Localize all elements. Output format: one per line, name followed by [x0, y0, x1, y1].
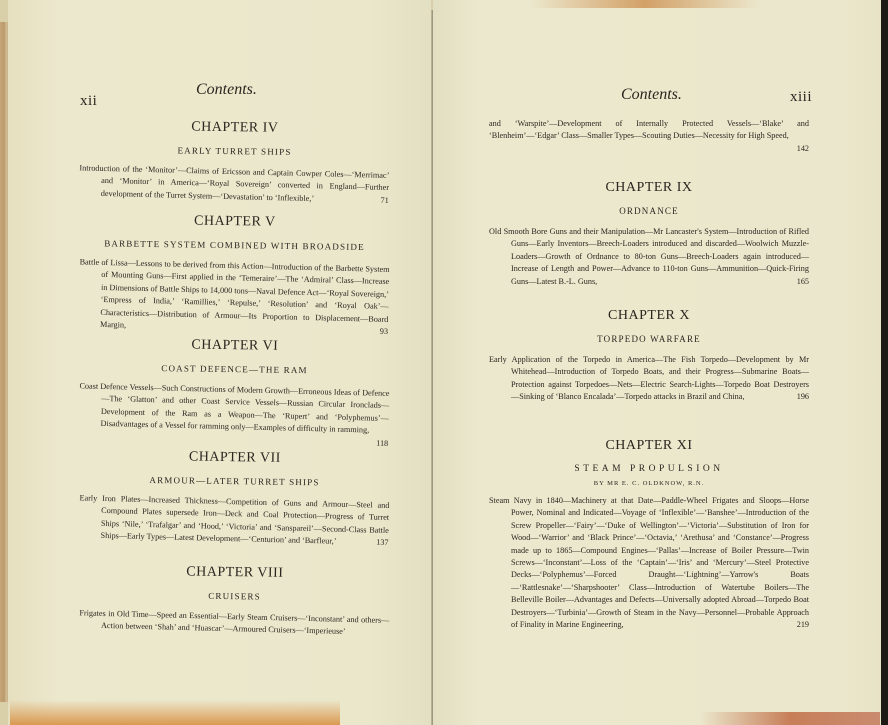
page-number: 165 — [789, 276, 809, 288]
chapter-x: CHAPTER X TORPEDO WARFARE Early Applicat… — [489, 308, 809, 404]
page-number: 219 — [789, 619, 809, 631]
paper-stain-top — [530, 0, 760, 8]
chapter-title: CHAPTER X — [489, 308, 809, 324]
paper-stain-bottom-right — [700, 712, 880, 725]
left-page: xii Contents. CHAPTER IV EARLY TURRET SH… — [8, 0, 431, 725]
chapter-title: CHAPTER V — [80, 212, 390, 232]
left-running-head: Contents. — [196, 81, 257, 99]
chapter-subtitle: ORDNANCE — [489, 206, 809, 216]
chapter-summary: Early Iron Plates—Increased Thickness—Co… — [78, 492, 389, 549]
page-number: 93 — [372, 326, 388, 339]
chapter-summary: Introduction of the ‘Monitor’—Claims of … — [79, 162, 390, 207]
chapter-subtitle: STEAM PROPULSION — [489, 464, 809, 474]
chapter-viii-continued: and ‘Warspite’—Development of Internally… — [489, 118, 809, 155]
page-number: 137 — [368, 537, 389, 550]
chapter-title: CHAPTER IV — [80, 118, 390, 138]
chapter-subtitle: BARBETTE SYSTEM COMBINED WITH BROADSIDE — [79, 238, 389, 252]
background-edge-right — [881, 0, 888, 725]
chapter-summary: and ‘Warspite’—Development of Internally… — [489, 118, 809, 143]
right-page: Contents. xiii and ‘Warspite’—Developmen… — [433, 0, 881, 725]
chapter-title: CHAPTER VI — [80, 336, 390, 356]
chapter-summary: Battle of Lissa—Lessons to be derived fr… — [78, 256, 390, 338]
chapter-subtitle: CRUISERS — [79, 589, 389, 603]
right-folio: xiii — [790, 89, 812, 106]
chapter-v: CHAPTER V BARBETTE SYSTEM COMBINED WITH … — [78, 212, 390, 337]
page-number: 142 — [789, 143, 809, 155]
chapter-vi: CHAPTER VI COAST DEFENCE—THE RAM Coast D… — [78, 336, 389, 448]
chapter-author: BY MR E. C. OLDKNOW, R.N. — [489, 480, 809, 487]
page-number: 118 — [368, 437, 388, 450]
book-spread: xii Contents. CHAPTER IV EARLY TURRET SH… — [0, 0, 888, 725]
chapter-subtitle: TORPEDO WARFARE — [489, 334, 809, 344]
chapter-viii: CHAPTER VIII CRUISERS Frigates in Old Ti… — [79, 563, 390, 638]
chapter-title: CHAPTER XI — [489, 438, 809, 454]
left-folio: xii — [80, 93, 97, 110]
chapter-title: CHAPTER VII — [80, 448, 390, 468]
chapter-summary: Frigates in Old Time—Speed an Essential—… — [79, 607, 390, 639]
chapter-summary: Old Smooth Bore Guns and their Manipulat… — [489, 226, 809, 288]
chapter-subtitle: COAST DEFENCE—THE RAM — [79, 362, 389, 376]
chapter-ix: CHAPTER IX ORDNANCE Old Smooth Bore Guns… — [489, 180, 809, 288]
page-number: 71 — [372, 194, 388, 207]
chapter-subtitle: EARLY TURRET SHIPS — [79, 144, 389, 158]
chapter-title: CHAPTER IX — [489, 180, 809, 196]
page-number: 196 — [789, 391, 809, 403]
chapter-subtitle: ARMOUR—LATER TURRET SHIPS — [79, 474, 389, 488]
chapter-summary: Early Application of the Torpedo in Amer… — [489, 354, 809, 404]
chapter-title: CHAPTER VIII — [80, 563, 390, 583]
right-running-head: Contents. — [621, 86, 682, 104]
chapter-summary: Steam Navy in 1840—Machinery at that Dat… — [489, 495, 809, 631]
paper-stain-bottom-left — [10, 700, 340, 725]
chapter-summary: Coast Defence Vessels—Such Constructions… — [78, 380, 389, 437]
chapter-xi: CHAPTER XI STEAM PROPULSION BY MR E. C. … — [489, 438, 809, 631]
chapter-vii: CHAPTER VII ARMOUR—LATER TURRET SHIPS Ea… — [79, 448, 390, 548]
chapter-iv: CHAPTER IV EARLY TURRET SHIPS Introducti… — [79, 118, 390, 206]
